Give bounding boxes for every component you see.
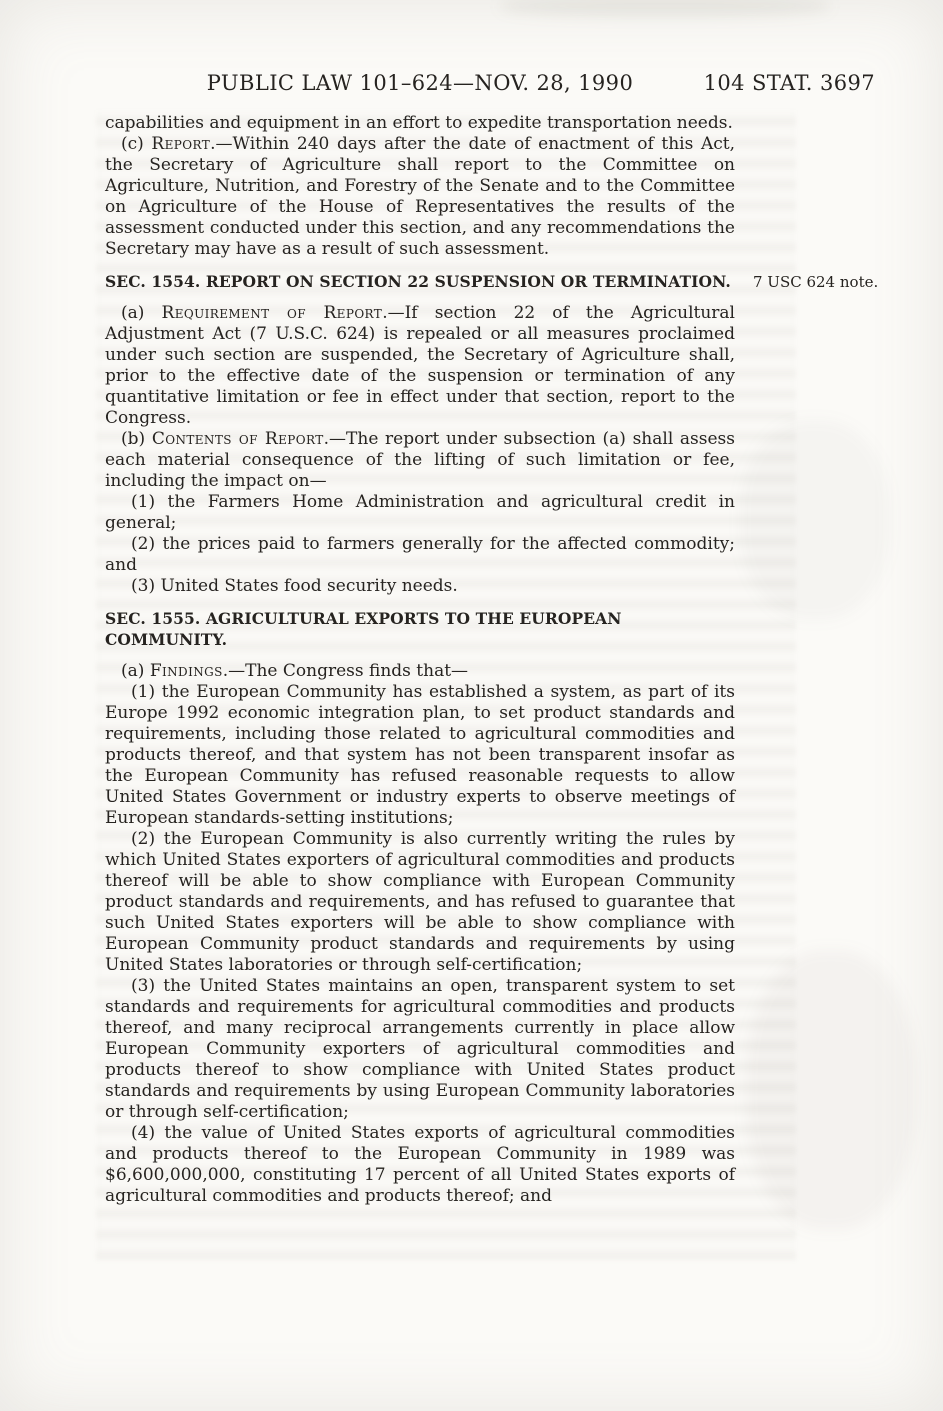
smallcaps-catchline: Report: [151, 134, 210, 154]
smallcaps-catchline: Findings: [150, 661, 223, 681]
scan-smudge: [740, 420, 890, 620]
running-head-law-title: PUBLIC LAW 101–624—NOV. 28, 1990: [105, 71, 735, 95]
paragraph-label: (a): [121, 661, 150, 681]
finding-1555a-4: (4) the value of United States exports o…: [105, 1123, 735, 1207]
smallcaps-catchline: Requirement of Report: [162, 303, 383, 323]
paragraph-1555a-findings: (a) Findings.—The Congress finds that—: [105, 661, 735, 682]
scanned-statute-page: PUBLIC LAW 101–624—NOV. 28, 1990 104 STA…: [0, 0, 943, 1411]
paragraph-text: .—The Congress finds that—: [223, 661, 468, 681]
finding-1555a-2: (2) the European Community is also curre…: [105, 829, 735, 976]
finding-1555a-3: (3) the United States maintains an open,…: [105, 976, 735, 1123]
usc-margin-note: 7 USC 624 note.: [753, 272, 943, 293]
sec-1555-heading: SEC. 1555. AGRICULTURAL EXPORTS TO THE E…: [105, 608, 735, 650]
paragraph-label: (a): [121, 303, 162, 323]
scan-smudge: [746, 950, 916, 1230]
sec-1554-heading: SEC. 1554. REPORT ON SECTION 22 SUSPENSI…: [105, 271, 735, 292]
paragraph-label: (b): [121, 429, 152, 449]
paragraph-c-report: (c) Report.—Within 240 days after the da…: [105, 134, 735, 260]
text-column: capabilities and equipment in an effort …: [105, 113, 735, 1207]
paragraph-1554a-requirement: (a) Requirement of Report.—If section 22…: [105, 303, 735, 429]
finding-1555a-1: (1) the European Community has establish…: [105, 682, 735, 829]
sec-1554-heading-row: SEC. 1554. REPORT ON SECTION 22 SUSPENSI…: [105, 271, 735, 292]
smallcaps-catchline: Contents of Report: [152, 429, 324, 449]
paragraph-label: (c): [121, 134, 151, 154]
scan-smudge: [500, 0, 830, 16]
sec-1555-heading-row: SEC. 1555. AGRICULTURAL EXPORTS TO THE E…: [105, 608, 735, 650]
running-head-stat-page: 104 STAT. 3697: [704, 71, 875, 95]
continuation-paragraph: capabilities and equipment in an effort …: [105, 113, 735, 134]
clause-1554b-1: (1) the Farmers Home Administration and …: [105, 492, 735, 534]
clause-1554b-3: (3) United States food security needs.: [105, 576, 735, 597]
clause-1554b-2: (2) the prices paid to farmers generally…: [105, 534, 735, 576]
paragraph-1554b-contents: (b) Contents of Report.—The report under…: [105, 429, 735, 492]
